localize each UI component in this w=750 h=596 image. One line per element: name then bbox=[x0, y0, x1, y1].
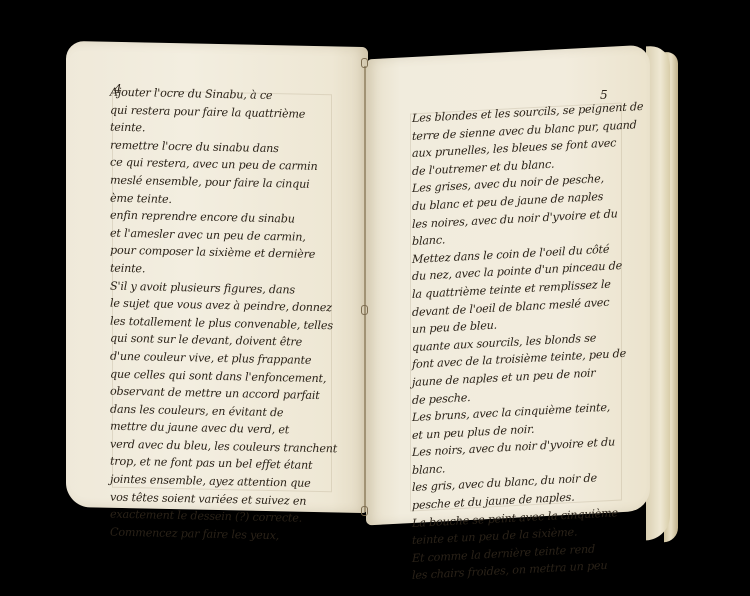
binding-thread-bottom bbox=[361, 506, 368, 516]
binding-gutter bbox=[364, 66, 366, 512]
binding-thread-middle bbox=[361, 305, 368, 315]
text-line: Commencez par faire les yeux, bbox=[110, 523, 337, 545]
right-page-text: Les blondes et les sourcils, se peignent… bbox=[412, 98, 643, 585]
binding-thread-top bbox=[361, 58, 368, 68]
manuscript-photo: 4 5 Ajouter l'ocre du Sinabu, à ce qui r… bbox=[0, 0, 750, 596]
left-page-text: Ajouter l'ocre du Sinabu, à ce qui reste… bbox=[110, 84, 337, 546]
